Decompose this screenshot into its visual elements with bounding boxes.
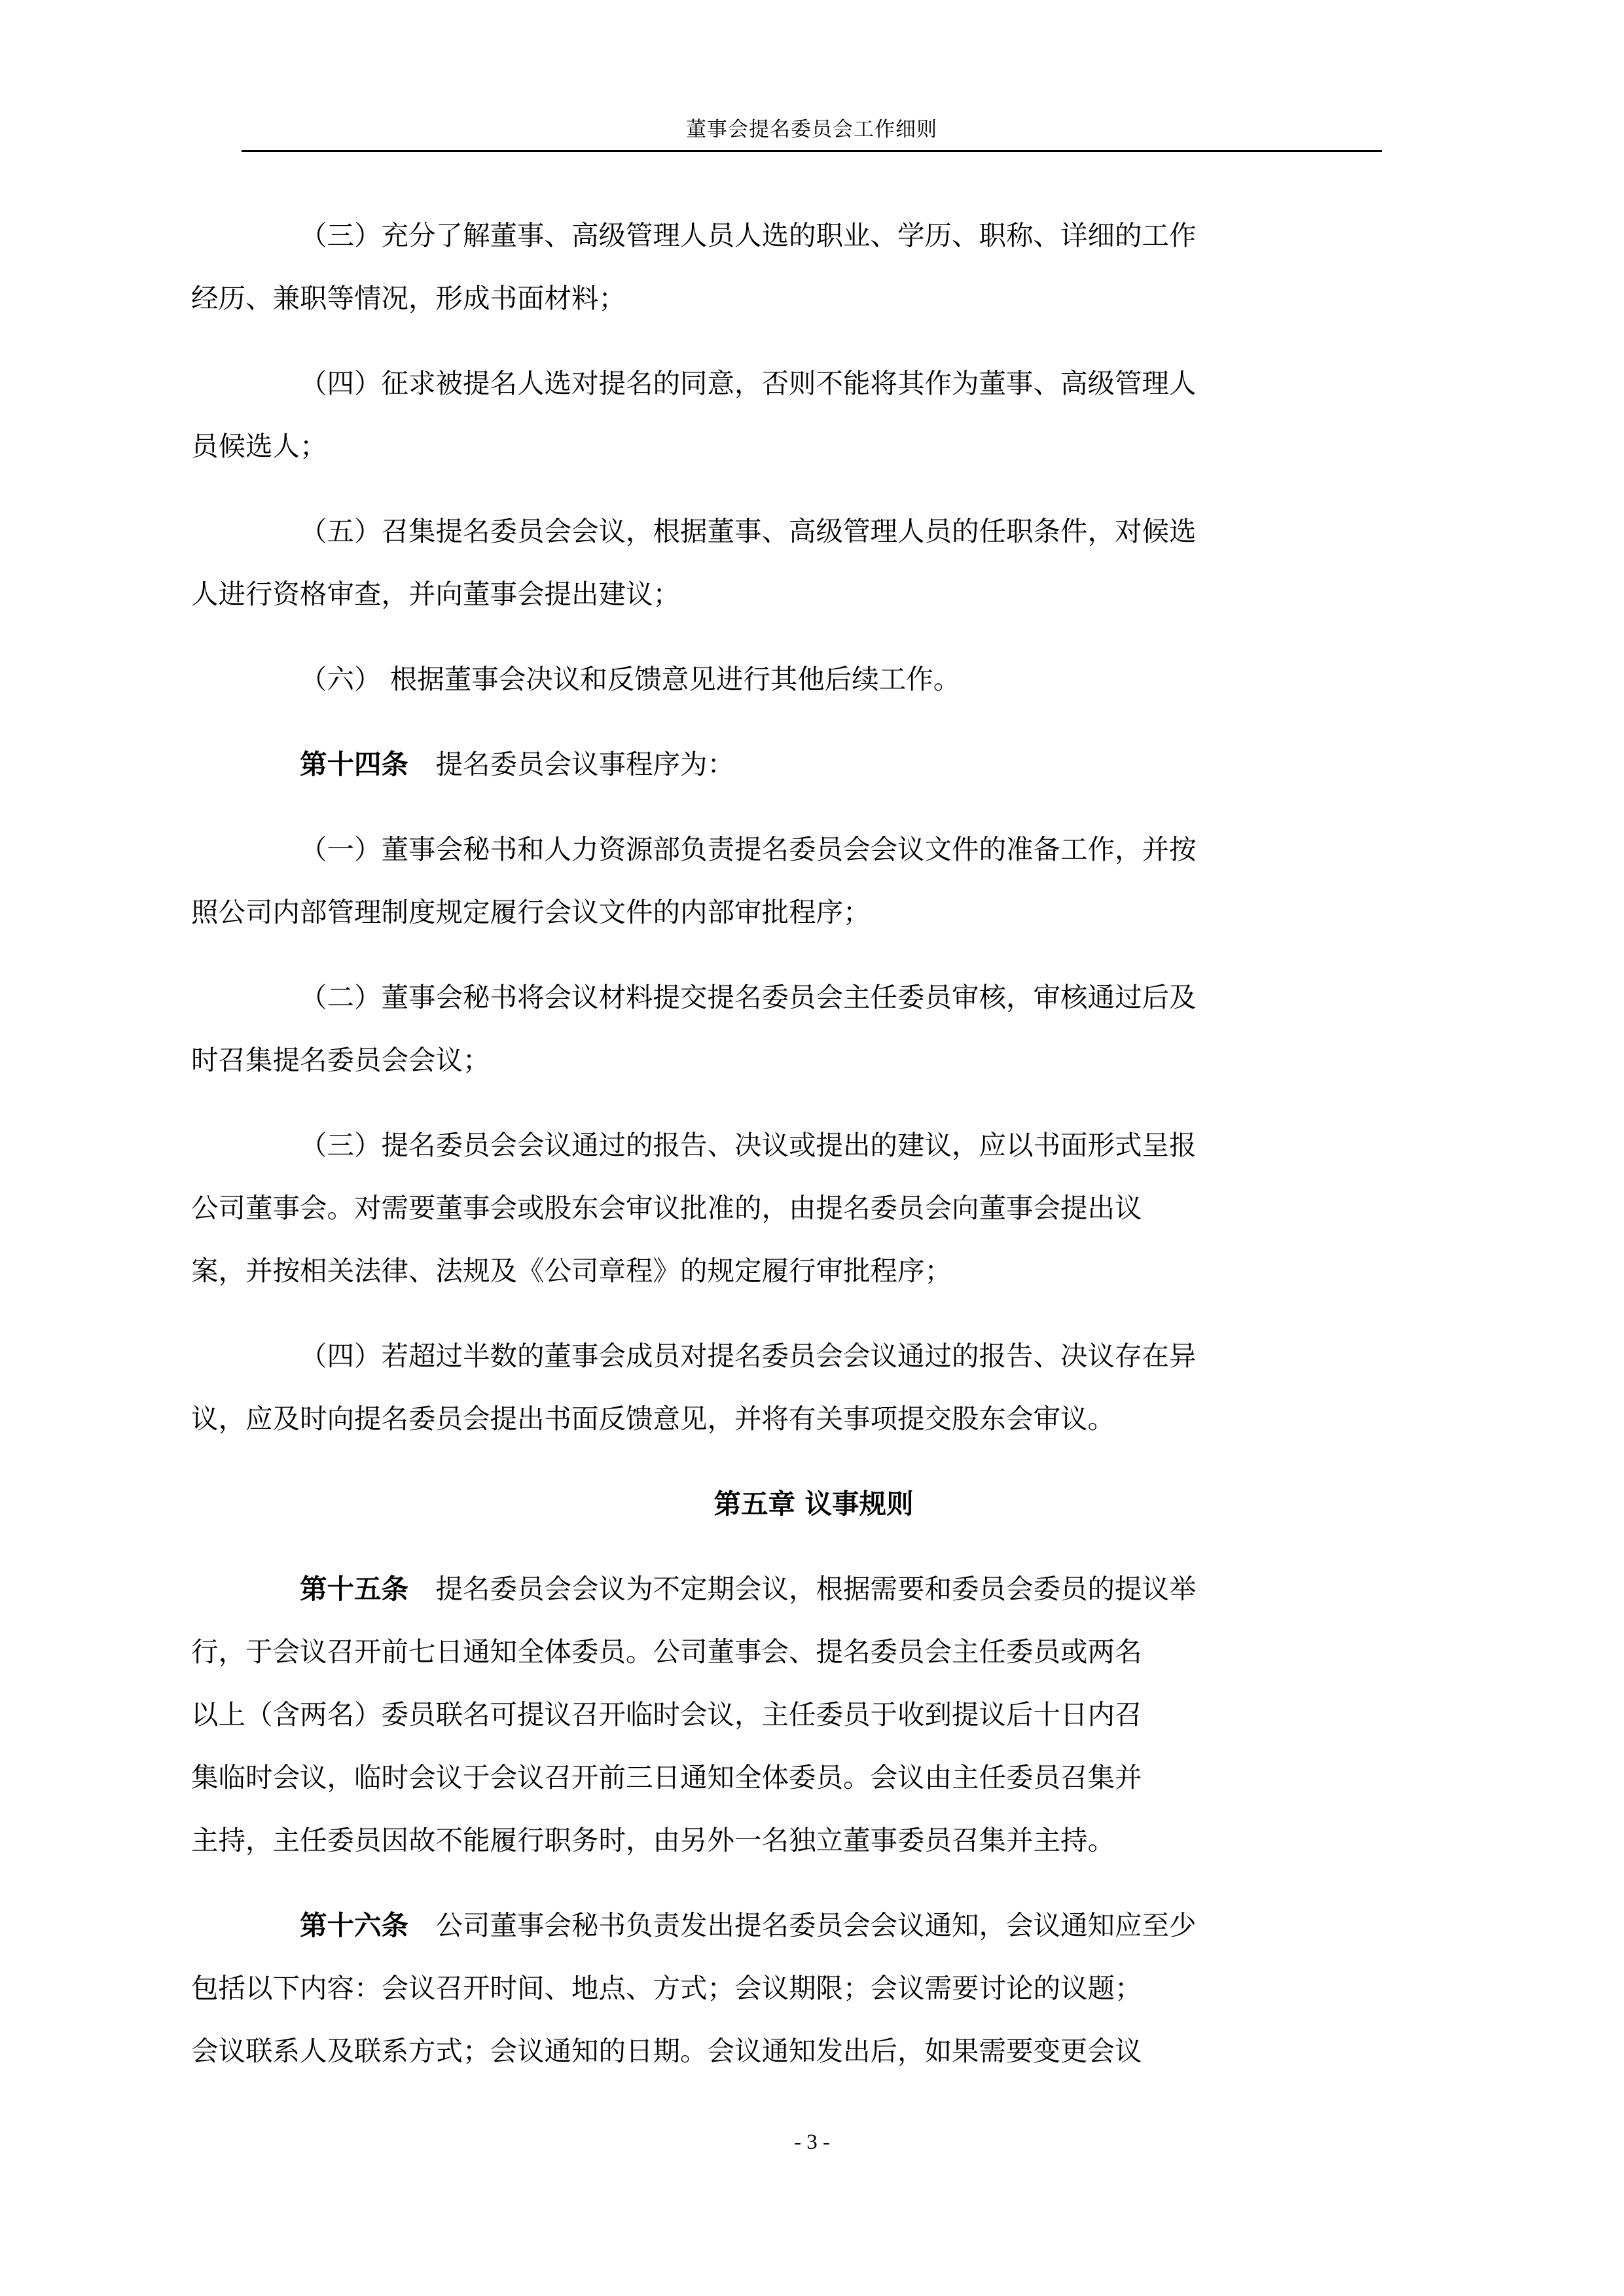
text-line: （四）征求被提名人选对提名的同意，否则不能将其作为董事、高级管理人 [245, 352, 1382, 415]
text-line: 第十五条 提名委员会会议为不定期会议，根据需要和委员会委员的提议举 [245, 1558, 1382, 1621]
text-line: 员候选人； [245, 415, 1382, 478]
text-line: 时召集提名委员会会议； [245, 1029, 1382, 1092]
article-text: 公司董事会秘书负责发出提名委员会会议通知，会议通知应至少 [436, 1909, 1197, 1941]
text-line: 会议联系人及联系方式；会议通知的日期。会议通知发出后，如果需要变更会议 [245, 2020, 1382, 2083]
paragraph-item-4: （四）征求被提名人选对提名的同意，否则不能将其作为董事、高级管理人 员候选人； [245, 352, 1382, 478]
article-number: 第十五条 [300, 1573, 408, 1605]
paragraph-item-5: （五）召集提名委员会会议，根据董事、高级管理人员的任职条件，对候选 人进行资格审… [245, 500, 1382, 626]
paragraph-item-3b: （三）提名委员会会议通过的报告、决议或提出的建议，应以书面形式呈报 公司董事会。… [245, 1114, 1382, 1302]
paragraph-item-3: （三）充分了解董事、高级管理人员人选的职业、学历、职称、详细的工作 经历、兼职等… [245, 204, 1382, 330]
article-text: 提名委员会议事程序为： [436, 748, 735, 780]
text-line: （四）若超过半数的董事会成员对提名委员会会议通过的报告、决议存在异 [245, 1325, 1382, 1388]
paragraph-item-2: （二）董事会秘书将会议材料提交提名委员会主任委员审核，审核通过后及 时召集提名委… [245, 966, 1382, 1092]
text-line: 第十六条 公司董事会秘书负责发出提名委员会会议通知，会议通知应至少 [245, 1894, 1382, 1957]
text-line: 主持，主任委员因故不能履行职务时，由另外一名独立董事委员召集并主持。 [245, 1809, 1382, 1872]
paragraph-item-4b: （四）若超过半数的董事会成员对提名委员会会议通过的报告、决议存在异 议，应及时向… [245, 1325, 1382, 1450]
text-line: 第十四条 提名委员会议事程序为： [245, 733, 1382, 796]
article-text: 提名委员会会议为不定期会议，根据需要和委员会委员的提议举 [436, 1573, 1197, 1605]
text-line: （一）董事会秘书和人力资源部负责提名委员会会议文件的准备工作，并按 [245, 818, 1382, 881]
article-number: 第十六条 [300, 1909, 408, 1941]
text-line: 议，应及时向提名委员会提出书面反馈意见，并将有关事项提交股东会审议。 [245, 1388, 1382, 1450]
page-number: - 3 - [0, 2130, 1624, 2155]
paragraph-item-6: （六） 根据董事会决议和反馈意见进行其他后续工作。 [245, 648, 1382, 711]
paragraph-item-1: （一）董事会秘书和人力资源部负责提名委员会会议文件的准备工作，并按 照公司内部管… [245, 818, 1382, 944]
text-line: 公司董事会。对需要董事会或股东会审议批准的，由提名委员会向董事会提出议 [245, 1177, 1382, 1240]
text-line: 以上（含两名）委员联名可提议召开临时会议，主任委员于收到提议后十日内召 [245, 1683, 1382, 1746]
document-page: 董事会提名委员会工作细则 （三）充分了解董事、高级管理人员人选的职业、学历、职称… [0, 0, 1624, 2296]
article-14: 第十四条 提名委员会议事程序为： [245, 733, 1382, 796]
article-15: 第十五条 提名委员会会议为不定期会议，根据需要和委员会委员的提议举 行，于会议召… [245, 1558, 1382, 1872]
text-line: （六） 根据董事会决议和反馈意见进行其他后续工作。 [245, 648, 1382, 711]
article-number: 第十四条 [300, 748, 408, 780]
text-line: 人进行资格审查，并向董事会提出建议； [245, 563, 1382, 626]
text-line: （三）充分了解董事、高级管理人员人选的职业、学历、职称、详细的工作 [245, 204, 1382, 267]
chapter-heading: 第五章 议事规则 [245, 1473, 1382, 1535]
running-header-title: 董事会提名委员会工作细则 [242, 117, 1382, 143]
article-16: 第十六条 公司董事会秘书负责发出提名委员会会议通知，会议通知应至少 包括以下内容… [245, 1894, 1382, 2083]
text-line: （五）召集提名委员会会议，根据董事、高级管理人员的任职条件，对候选 [245, 500, 1382, 563]
text-line: 照公司内部管理制度规定履行会议文件的内部审批程序； [245, 881, 1382, 944]
text-line: 案，并按相关法律、法规及《公司章程》的规定履行审批程序； [245, 1240, 1382, 1302]
text-line: 包括以下内容：会议召开时间、地点、方式；会议期限；会议需要讨论的议题； [245, 1957, 1382, 2020]
text-line: 集临时会议，临时会议于会议召开前三日通知全体委员。会议由主任委员召集并 [245, 1746, 1382, 1809]
document-body: （三）充分了解董事、高级管理人员人选的职业、学历、职称、详细的工作 经历、兼职等… [245, 204, 1382, 2105]
text-line: （三）提名委员会会议通过的报告、决议或提出的建议，应以书面形式呈报 [245, 1114, 1382, 1177]
text-line: （二）董事会秘书将会议材料提交提名委员会主任委员审核，审核通过后及 [245, 966, 1382, 1029]
header-divider [242, 150, 1382, 152]
text-line: 行，于会议召开前七日通知全体委员。公司董事会、提名委员会主任委员或两名 [245, 1621, 1382, 1683]
text-line: 经历、兼职等情况，形成书面材料； [245, 267, 1382, 330]
